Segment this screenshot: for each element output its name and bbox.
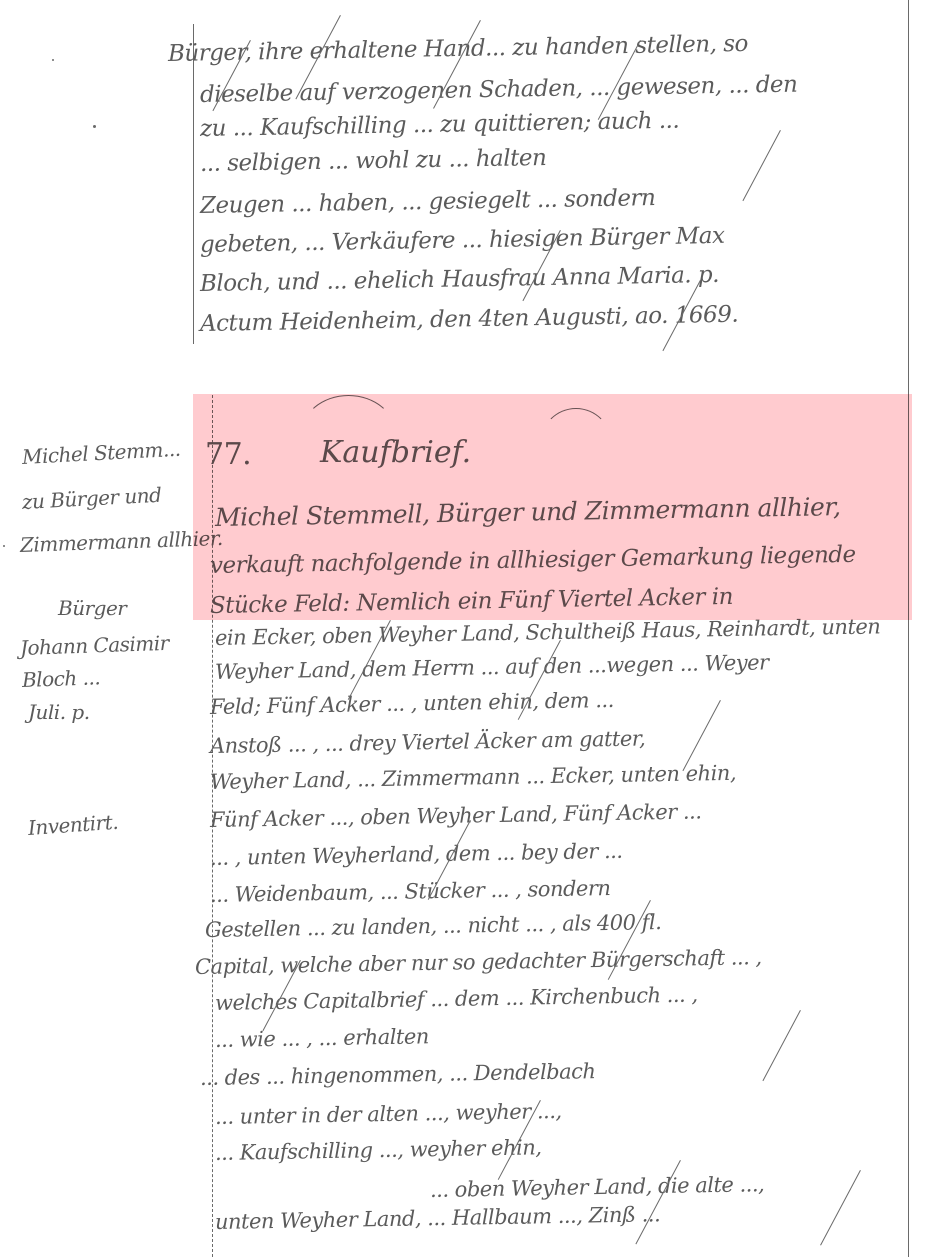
pen-stroke	[742, 130, 780, 201]
text-line: ... unter in der alten ..., weyher ...,	[215, 1101, 562, 1128]
margin-text: Juli. p.	[28, 702, 90, 722]
text-line: Anstoß ... , ... drey Viertel Äcker am g…	[210, 728, 646, 757]
text-line: verkauft nachfolgende in allhiesiger Gem…	[210, 544, 856, 578]
text-line: Capital, welche aber nur so gedachter Bü…	[195, 947, 762, 978]
text-line: ... Weidenbaum, ... Stücker ... , sonder…	[210, 878, 611, 906]
text-line: ... Kaufschilling ..., weyher ehin,	[215, 1137, 542, 1164]
text-line: ... , unten Weyherland, dem ... bey der …	[210, 841, 623, 869]
ink-speck	[3, 545, 5, 547]
pen-stroke	[762, 1010, 800, 1081]
text-line: dieselbe auf verzogenen Schaden, ... gew…	[200, 74, 798, 107]
text-line: Actum Heidenheim, den 4ten Augusti, ao. …	[200, 304, 739, 336]
text-line: welches Capitalbrief ... dem ... Kirchen…	[215, 985, 698, 1014]
text-line: Weyher Land, ... Zimmermann ... Ecker, u…	[210, 763, 736, 793]
text-line: Gestellen ... zu landen, ... nicht ... ,…	[205, 912, 662, 941]
text-line: ... des ... hingenommen, ... Dendelbach	[200, 1061, 596, 1089]
text-line: Stücke Feld: Nemlich ein Fünf Viertel Ac…	[210, 586, 733, 618]
manuscript-page: Bürger, ihre erhaltene Hand... zu handen…	[0, 0, 925, 1257]
text-line: ... wie ... , ... erhalten	[215, 1026, 429, 1051]
margin-text: Bürger	[58, 598, 126, 618]
entry-number: 77.	[205, 440, 251, 470]
title-flourish	[300, 395, 397, 477]
margin-rule-top	[193, 24, 194, 344]
text-line: Feld; Fünf Acker ... , unten ehin, dem .…	[210, 690, 614, 718]
text-line: zu ... Kaufschilling ... zu quittieren; …	[200, 110, 680, 141]
text-line: Michel Stemmell, Bürger und Zimmermann a…	[215, 494, 841, 530]
text-line: ein Ecker, oben Weyher Land, Schultheiß …	[215, 616, 881, 649]
pen-stroke	[820, 1170, 861, 1246]
title-flourish	[540, 408, 612, 480]
margin-text: Michel Stemm...	[21, 439, 180, 467]
ink-speck	[93, 125, 96, 128]
text-line: Weyher Land, dem Herrn ... auf den ...we…	[215, 652, 769, 683]
ink-speck	[52, 59, 54, 61]
margin-text: Bloch ...	[22, 667, 101, 690]
text-line: ... oben Weyher Land, die alte ...,	[430, 1174, 765, 1201]
text-line: unten Weyher Land, ... Hallbaum ..., Zin…	[215, 1204, 661, 1233]
text-line: Bloch, und ... ehelich Hausfrau Anna Mar…	[200, 264, 719, 296]
margin-text: zu Bürger und	[21, 485, 161, 512]
right-edge-rule	[908, 0, 909, 1257]
text-line: gebeten, ... Verkäufere ... hiesigen Bür…	[200, 225, 725, 257]
text-line: Zeugen ... haben, ... gesiegelt ... sond…	[200, 187, 656, 218]
margin-text: Johann Casimir	[20, 633, 169, 658]
margin-text: Zimmermann allhier.	[20, 528, 223, 555]
margin-text: Inventirt.	[27, 812, 118, 838]
text-line: Fünf Acker ..., oben Weyher Land, Fünf A…	[210, 801, 702, 831]
text-line: ... selbigen ... wohl zu ... halten	[200, 147, 547, 176]
